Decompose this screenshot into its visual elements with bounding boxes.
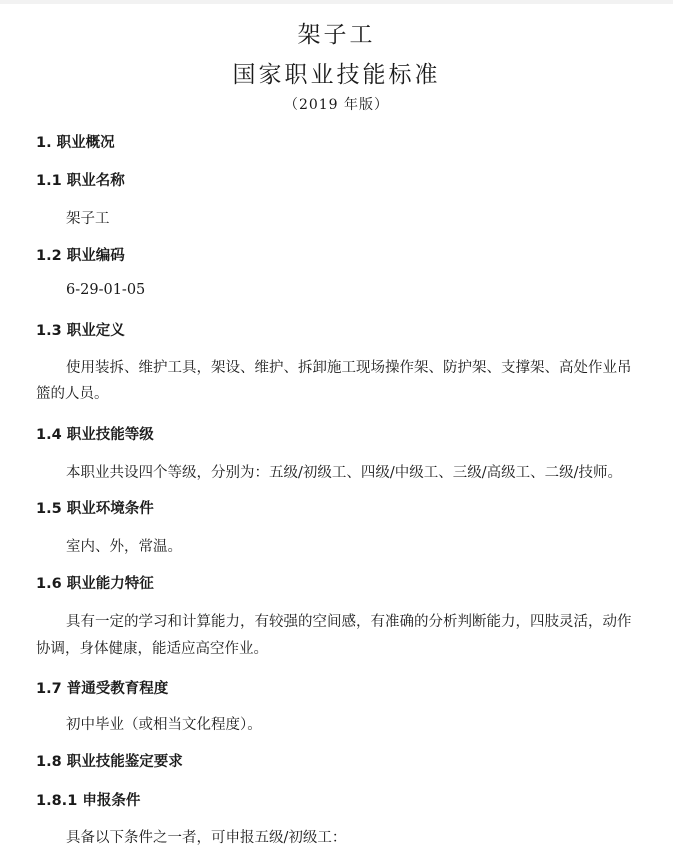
section-heading-1: 1. 职业概况 [36, 131, 115, 152]
section-heading-1-2: 1.2 职业编码 [36, 244, 125, 265]
document-subtitle: 国家职业技能标准 [0, 56, 673, 89]
section-heading-1-7: 1.7 普通受教育程度 [36, 677, 168, 698]
section-body-1-4: 本职业共设四个等级，分别为：五级/初级工、四级/中级工、三级/高级工、二级/技师… [36, 461, 666, 482]
section-body-1-2: 6-29-01-05 [36, 282, 666, 298]
section-heading-1-3: 1.3 职业定义 [36, 319, 125, 340]
section-body-1-8-1: 具备以下条件之一者，可申报五级/初级工： [36, 826, 666, 847]
section-body-1-6-line1: 具有一定的学习和计算能力，有较强的空间感，有准确的分析判断能力，四肢灵活，动作 [36, 610, 666, 631]
section-heading-1-5: 1.5 职业环境条件 [36, 497, 154, 518]
section-body-1-6-line2: 协调，身体健康，能适应高空作业。 [36, 637, 268, 658]
top-border [0, 0, 673, 4]
section-body-1-3-line1: 使用装拆、维护工具，架设、维护、拆卸施工现场操作架、防护架、支撑架、高处作业吊 [36, 356, 666, 377]
edition-label: （2019 年版） [0, 94, 673, 114]
section-heading-1-6: 1.6 职业能力特征 [36, 572, 154, 593]
section-heading-1-4: 1.4 职业技能等级 [36, 423, 154, 444]
section-heading-1-1: 1.1 职业名称 [36, 169, 125, 190]
section-body-1-3-line2: 篮的人员。 [36, 382, 109, 403]
section-body-1-1: 架子工 [36, 207, 666, 228]
section-heading-1-8-1: 1.8.1 申报条件 [36, 789, 140, 810]
section-heading-1-8: 1.8 职业技能鉴定要求 [36, 750, 183, 771]
section-body-1-7: 初中毕业（或相当文化程度）。 [36, 713, 666, 734]
document-title: 架子工 [0, 16, 673, 49]
section-body-1-5: 室内、外，常温。 [36, 535, 666, 556]
